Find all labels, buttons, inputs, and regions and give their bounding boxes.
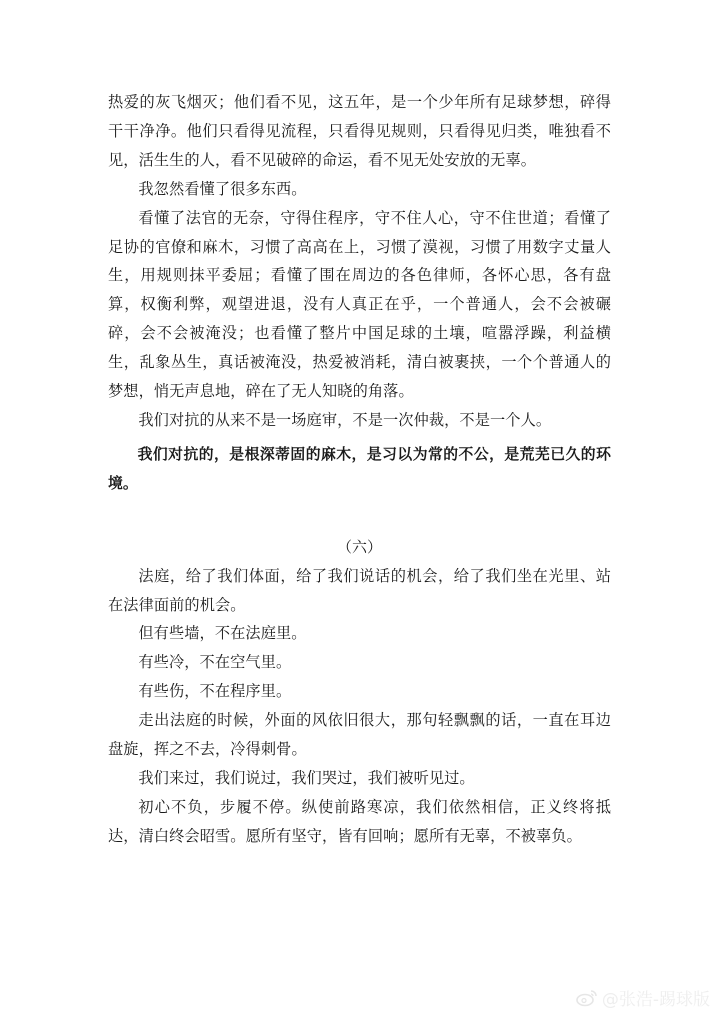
paragraph: 我们来过，我们说过，我们哭过，我们被听见过。 (108, 764, 611, 793)
bold-statement: 我们对抗的，是根深蒂固的麻木，是习以为常的不公，是荒芜已久的环境。 (108, 441, 611, 499)
paragraph: 我忽然看懂了很多东西。 (108, 175, 611, 204)
paragraph: 初心不负，步履不停。纵使前路寒凉，我们依然相信，正义终将抵达，清白终会昭雪。愿所… (108, 793, 611, 851)
watermark: @张浩-踢球版 (576, 985, 710, 1010)
section-title: （六） (108, 533, 611, 562)
paragraph: 看懂了法官的无奈，守得住程序，守不住人心，守不住世道；看懂了足协的官僚和麻木，习… (108, 204, 611, 406)
watermark-text: @张浩-踢球版 (602, 985, 710, 1010)
weibo-icon (576, 989, 598, 1007)
paragraph: 我们对抗的从来不是一场庭审，不是一次仲裁，不是一个人。 (108, 406, 611, 435)
paragraph: 有些伤，不在程序里。 (108, 677, 611, 706)
paragraph: 走出法庭的时候，外面的风依旧很大，那句轻飘飘的话，一直在耳边盘旋，挥之不去，冷得… (108, 706, 611, 764)
paragraph: 但有些墙，不在法庭里。 (108, 619, 611, 648)
document-page: 热爱的灰飞烟灭；他们看不见，这五年，是一个少年所有足球梦想，碎得干干净净。他们只… (108, 88, 611, 851)
paragraph: 有些冷，不在空气里。 (108, 648, 611, 677)
paragraph: 法庭，给了我们体面，给了我们说话的机会，给了我们坐在光里、站在法律面前的机会。 (108, 562, 611, 620)
paragraph: 热爱的灰飞烟灭；他们看不见，这五年，是一个少年所有足球梦想，碎得干干净净。他们只… (108, 88, 611, 175)
